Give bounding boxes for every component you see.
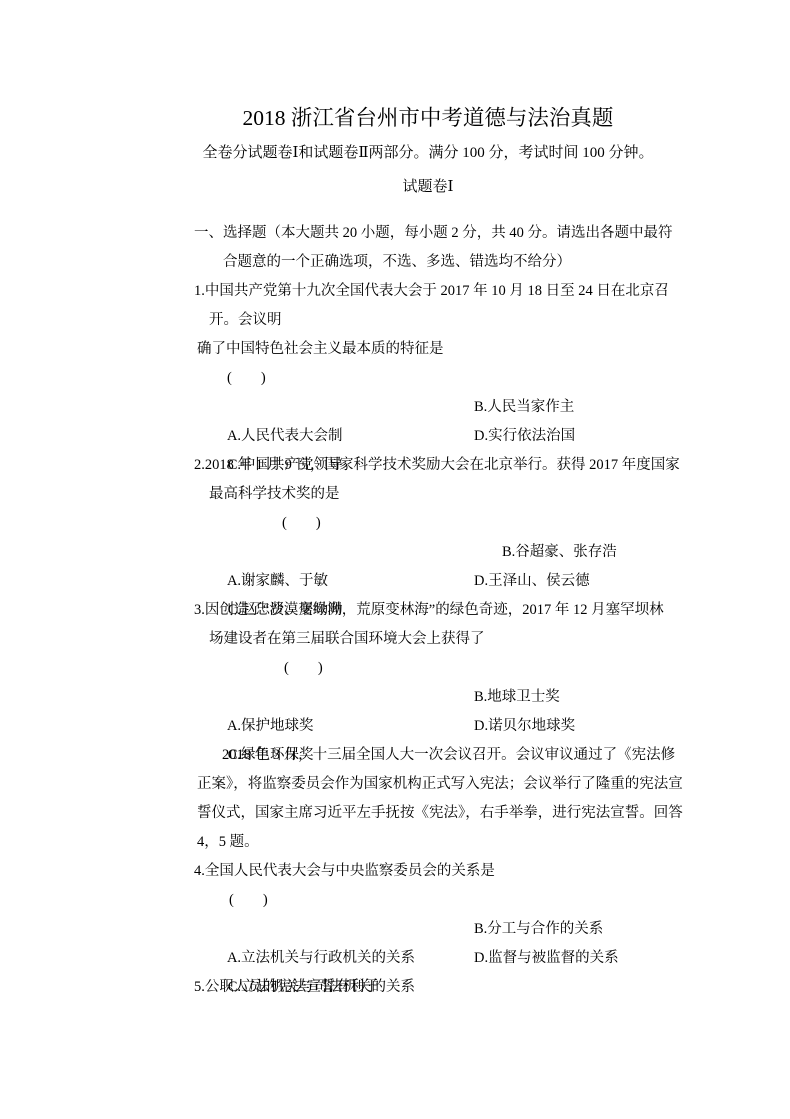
question-3-option-d: D.诺贝尔地球奖 xyxy=(474,712,575,741)
question-1-option-row-ab: A.人民代表大会制 B.人民当家作主 xyxy=(194,393,664,422)
question-4-option-d: D.监督与被监督的关系 xyxy=(474,944,619,973)
passage-line-4: 4，5 题。 xyxy=(194,828,664,857)
question-4-stem-line-1: 4.全国人民代表大会与中央监察委员会的关系是 xyxy=(194,857,664,886)
question-1-stem-line-2: 开。会议明 xyxy=(194,306,664,335)
question-1-option-b: B.人民当家作主 xyxy=(474,393,574,422)
question-3-option-row-ab: A.保护地球奖 B.地球卫士奖 xyxy=(194,683,664,712)
question-3-answer-bracket: ( ) xyxy=(194,654,664,683)
question-4-option-b: B.分工与合作的关系 xyxy=(474,915,603,944)
question-2-option-row-cd: C.赵忠贤、屠呦呦 D.王泽山、侯云德 xyxy=(194,567,664,596)
question-1-option-row-cd: C.中国共产党领导 D.实行依法治国 xyxy=(194,422,664,451)
question-4-option-row-ab: A.立法机关与行政机关的关系 B.分工与合作的关系 xyxy=(194,915,664,944)
document-body: 一、选择题（本大题共 20 小题，每小题 2 分，共 40 分。请选出各题中最符… xyxy=(194,219,664,1002)
question-3-stem-line-1: 3.因创造了“沙漠变绿洲，荒原变林海”的绿色奇迹，2017 年 12 月塞罕坝林 xyxy=(194,596,664,625)
exam-page: 2018 浙江省台州市中考道德与法治真题 全卷分试题卷Ⅰ和试题卷Ⅱ两部分。满分 … xyxy=(0,0,790,1119)
question-2-stem-line-1: 2.2018 年 1 月 9 日，国家科学技术奖励大会在北京举行。获得 2017… xyxy=(194,451,664,480)
question-2-answer-bracket: ( ) xyxy=(194,509,664,538)
document-title: 2018 浙江省台州市中考道德与法治真题 xyxy=(194,100,662,136)
question-3-option-b: B.地球卫士奖 xyxy=(474,683,560,712)
paper-heading: 试题卷Ⅰ xyxy=(194,172,662,202)
question-1-stem-line-1: 1.中国共产党第十九次全国代表大会于 2017 年 10 月 18 日至 24 … xyxy=(194,277,664,306)
section-heading-line-1: 一、选择题（本大题共 20 小题，每小题 2 分，共 40 分。请选出各题中最符 xyxy=(194,219,664,248)
question-4-answer-bracket: ( ) xyxy=(194,886,664,915)
question-3-option-row-cd: C.绿色环保奖 D.诺贝尔地球奖 xyxy=(194,712,664,741)
document-subtitle: 全卷分试题卷Ⅰ和试题卷Ⅱ两部分。满分 100 分，考试时间 100 分钟。 xyxy=(154,138,702,168)
section-heading-line-2: 合题意的一个正确选项，不选、多选、错选均不给分） xyxy=(194,248,664,277)
question-5-stem-line-1: 5.公职人员的宪法宣誓有利于 xyxy=(194,973,664,1002)
question-4-option-row-cd: C.立法机关与司法机关的关系 D.监督与被监督的关系 xyxy=(194,944,664,973)
passage-line-1: 2018 年 3 月，十三届全国人大一次会议召开。会议审议通过了《宪法修 xyxy=(194,741,664,770)
question-2-option-d: D.王泽山、侯云德 xyxy=(474,567,590,596)
question-1-stem-line-3: 确了中国特色社会主义最本质的特征是 xyxy=(194,335,664,364)
question-1-option-d: D.实行依法治国 xyxy=(474,422,575,451)
question-1-answer-bracket: ( ) xyxy=(194,364,664,393)
question-2-option-b: B.谷超豪、张存浩 xyxy=(502,538,617,567)
question-3-stem-line-2: 场建设者在第三届联合国环境大会上获得了 xyxy=(194,625,664,654)
question-2-stem-line-2: 最高科学技术奖的是 xyxy=(194,480,664,509)
passage-line-2: 正案》，将监察委员会作为国家机构正式写入宪法；会议举行了隆重的宪法宣 xyxy=(194,770,664,799)
passage-line-3: 誓仪式，国家主席习近平左手抚按《宪法》，右手举拳，进行宪法宣誓。回答 xyxy=(194,799,664,828)
question-2-option-row-ab: A.谢家麟、于敏 B.谷超豪、张存浩 xyxy=(194,538,664,567)
